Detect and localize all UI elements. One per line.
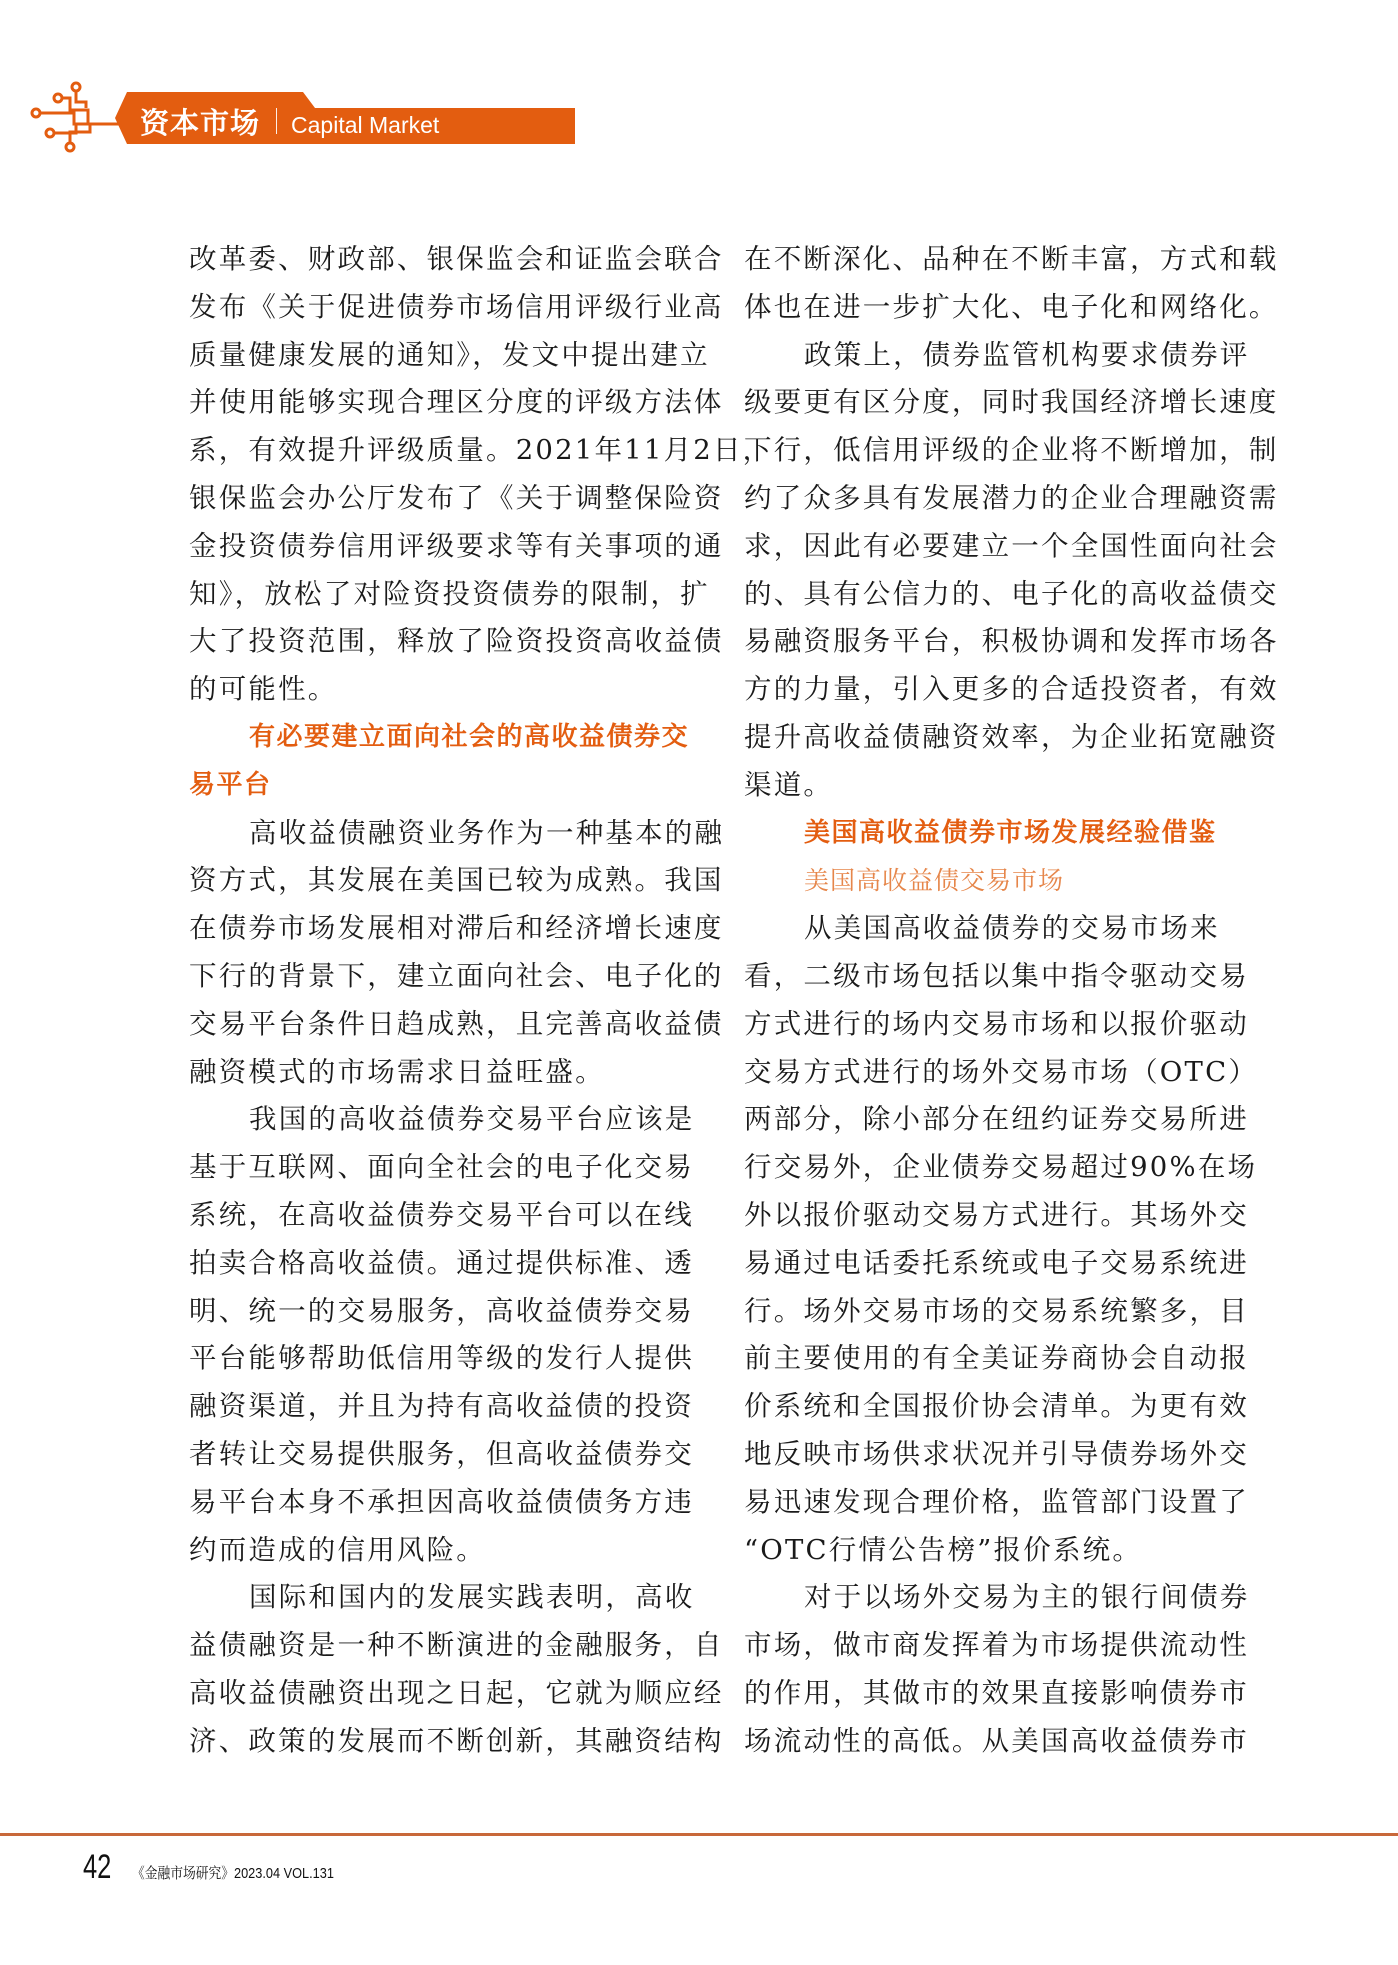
- text-line: 系，有效提升评级质量。2021年11月2日，: [189, 427, 709, 475]
- text-line: 融资渠道，并且为持有高收益债的投资: [189, 1383, 709, 1431]
- text-line: 市场，做市商发挥着为市场提供流动性: [744, 1622, 1264, 1670]
- text-line: 级要更有区分度，同时我国经济增长速度: [744, 379, 1264, 427]
- text-line: 改革委、财政部、银保监会和证监会联合: [189, 236, 709, 284]
- text-line: “OTC行情公告榜”报价系统。: [744, 1527, 1264, 1575]
- text-line: 看，二级市场包括以集中指令驱动交易: [744, 953, 1264, 1001]
- text-line: 国际和国内的发展实践表明，高收: [189, 1574, 709, 1622]
- footer-rule: [0, 1833, 1398, 1836]
- text-line: 银保监会办公厅发布了《关于调整保险资: [189, 475, 709, 523]
- text-line: 下行，低信用评级的企业将不断增加，制: [744, 427, 1264, 475]
- text-line: 从美国高收益债券的交易市场来: [744, 905, 1264, 953]
- text-line: 系统，在高收益债券交易平台可以在线: [189, 1192, 709, 1240]
- section-heading: 易平台: [189, 762, 709, 810]
- text-line: 方的力量，引入更多的合适投资者，有效: [744, 666, 1264, 714]
- text-line: 的可能性。: [189, 666, 709, 714]
- text-line: 拍卖合格高收益债。通过提供标准、透: [189, 1240, 709, 1288]
- text-line: 资方式，其发展在美国已较为成熟。我国: [189, 857, 709, 905]
- text-line: 金投资债券信用评级要求等有关事项的通: [189, 523, 709, 571]
- text-line: 行交易外，企业债券交易超过90%在场: [744, 1144, 1264, 1192]
- journal-info: 《金融市场研究》2023.04 VOL.131: [132, 1862, 334, 1883]
- text-line: 交易方式进行的场外交易市场（OTC）: [744, 1049, 1264, 1097]
- text-line: 者转让交易提供服务，但高收益债券交: [189, 1431, 709, 1479]
- text-line: 我国的高收益债券交易平台应该是: [189, 1096, 709, 1144]
- text-line: 并使用能够实现合理区分度的评级方法体: [189, 379, 709, 427]
- section-title-cn: 资本市场: [140, 101, 260, 142]
- subsection-heading: 美国高收益债交易市场: [744, 857, 1264, 905]
- text-line: 在债券市场发展相对滞后和经济增长速度: [189, 905, 709, 953]
- text-line: 平台能够帮助低信用等级的发行人提供: [189, 1335, 709, 1383]
- text-line: 基于互联网、面向全社会的电子化交易: [189, 1144, 709, 1192]
- text-line: 高收益债融资出现之日起，它就为顺应经: [189, 1670, 709, 1718]
- text-line: 提升高收益债融资效率，为企业拓宽融资: [744, 714, 1264, 762]
- text-line: 易平台本身不承担因高收益债债务方违: [189, 1479, 709, 1527]
- text-line: 益债融资是一种不断演进的金融服务，自: [189, 1622, 709, 1670]
- left-column: 改革委、财政部、银保监会和证监会联合发布《关于促进债券市场信用评级行业高质量健康…: [189, 236, 709, 1766]
- text-line: 发布《关于促进债券市场信用评级行业高: [189, 284, 709, 332]
- text-line: 渠道。: [744, 762, 1264, 810]
- text-line: 外以报价驱动交易方式进行。其场外交: [744, 1192, 1264, 1240]
- text-line: 的、具有公信力的、电子化的高收益债交: [744, 571, 1264, 619]
- text-line: 质量健康发展的通知》，发文中提出建立: [189, 332, 709, 380]
- text-line: 地反映市场供求状况并引导债券场外交: [744, 1431, 1264, 1479]
- text-line: 体也在进一步扩大化、电子化和网络化。: [744, 284, 1264, 332]
- text-line: 知》，放松了对险资投资债券的限制，扩: [189, 571, 709, 619]
- text-line: 易通过电话委托系统或电子交易系统进: [744, 1240, 1264, 1288]
- text-line: 政策上，债券监管机构要求债券评: [744, 332, 1264, 380]
- text-line: 行。场外交易市场的交易系统繁多，目: [744, 1288, 1264, 1336]
- text-line: 高收益债融资业务作为一种基本的融: [189, 810, 709, 858]
- banner-title: 资本市场 Capital Market: [140, 101, 439, 141]
- right-column: 在不断深化、品种在不断丰富，方式和载体也在进一步扩大化、电子化和网络化。政策上，…: [744, 236, 1264, 1766]
- text-line: 交易平台条件日趋成熟，且完善高收益债: [189, 1001, 709, 1049]
- section-heading: 有必要建立面向社会的高收益债券交: [189, 714, 709, 762]
- text-line: 大了投资范围，释放了险资投资高收益债: [189, 618, 709, 666]
- section-header: 资本市场 Capital Market: [30, 80, 550, 160]
- text-line: 约而造成的信用风险。: [189, 1527, 709, 1575]
- text-line: 对于以场外交易为主的银行间债券: [744, 1574, 1264, 1622]
- section-title-en: Capital Market: [291, 112, 439, 139]
- text-line: 融资模式的市场需求日益旺盛。: [189, 1049, 709, 1097]
- text-line: 明、统一的交易服务，高收益债券交易: [189, 1288, 709, 1336]
- title-divider: [276, 108, 277, 134]
- text-line: 价系统和全国报价协会清单。为更有效: [744, 1383, 1264, 1431]
- page-number: 42: [83, 1848, 111, 1887]
- text-line: 在不断深化、品种在不断丰富，方式和载: [744, 236, 1264, 284]
- text-line: 易融资服务平台，积极协调和发挥市场各: [744, 618, 1264, 666]
- text-line: 的作用，其做市的效果直接影响债券市: [744, 1670, 1264, 1718]
- text-line: 约了众多具有发展潜力的企业合理融资需: [744, 475, 1264, 523]
- text-line: 前主要使用的有全美证券商协会自动报: [744, 1335, 1264, 1383]
- text-line: 方式进行的场内交易市场和以报价驱动: [744, 1001, 1264, 1049]
- section-heading: 美国高收益债券市场发展经验借鉴: [744, 810, 1264, 858]
- text-line: 场流动性的高低。从美国高收益债券市: [744, 1718, 1264, 1766]
- text-line: 济、政策的发展而不断创新，其融资结构: [189, 1718, 709, 1766]
- text-line: 下行的背景下，建立面向社会、电子化的: [189, 953, 709, 1001]
- text-line: 两部分，除小部分在纽约证券交易所进: [744, 1096, 1264, 1144]
- text-line: 求，因此有必要建立一个全国性面向社会: [744, 523, 1264, 571]
- text-line: 易迅速发现合理价格，监管部门设置了: [744, 1479, 1264, 1527]
